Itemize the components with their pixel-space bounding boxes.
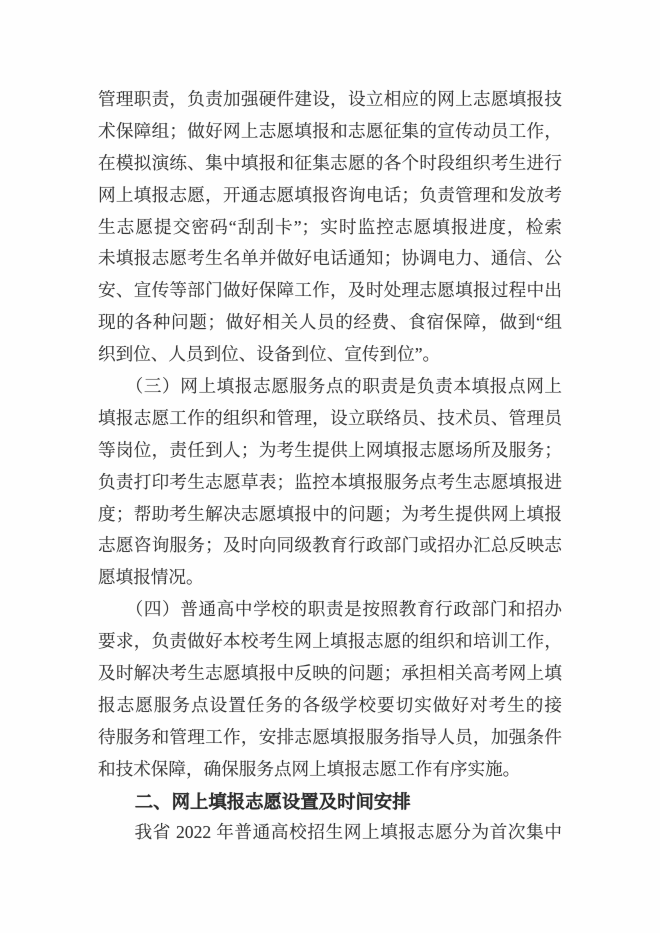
document-body: 管理职责，负责加强硬件建设，设立相应的网上志愿填报技术保障组；做好网上志愿填报和… <box>98 84 562 849</box>
text-line: 报志愿服务点设置任务的各级学校要切实做好对考生的接 <box>98 690 562 722</box>
text-line: 和技术保障，确保服务点网上填报志愿工作有序实施。 <box>98 754 562 786</box>
text-line: 填报志愿工作的组织和管理，设立联络员、技术员、管理员 <box>98 403 562 435</box>
text-line: 生志愿提交密码“刮刮卡”；实时监控志愿填报进度，检索 <box>98 212 562 244</box>
document-page: 管理职责，负责加强硬件建设，设立相应的网上志愿填报技术保障组；做好网上志愿填报和… <box>0 0 660 933</box>
text-line: 织到位、人员到位、设备到位、宣传到位”。 <box>98 339 562 371</box>
text-line: 度；帮助考生解决志愿填报中的问题；为考生提供网上填报 <box>98 499 562 531</box>
text-line: 志愿咨询服务；及时向同级教育行政部门或招办汇总反映志 <box>98 530 562 562</box>
text-line: 未填报志愿考生名单并做好电话通知；协调电力、通信、公 <box>98 243 562 275</box>
text-line: 术保障组；做好网上志愿填报和志愿征集的宣传动员工作， <box>98 116 562 148</box>
text-line: 安、宣传等部门做好保障工作，及时处理志愿填报过程中出 <box>98 275 562 307</box>
text-line: 管理职责，负责加强硬件建设，设立相应的网上志愿填报技 <box>98 84 562 116</box>
text-line: 等岗位，责任到人；为考生提供上网填报志愿场所及服务； <box>98 435 562 467</box>
text-line: 负责打印考生志愿草表；监控本填报服务点考生志愿填报进 <box>98 467 562 499</box>
text-line: （四）普通高中学校的职责是按照教育行政部门和招办 <box>98 594 562 626</box>
text-line: 网上填报志愿，开通志愿填报咨询电话；负责管理和发放考 <box>98 180 562 212</box>
section-heading: 二、网上填报志愿设置及时间安排 <box>98 786 562 818</box>
text-line: 待服务和管理工作，安排志愿填报服务指导人员，加强条件 <box>98 722 562 754</box>
text-line: 愿填报情况。 <box>98 562 562 594</box>
text-line: 要求，负责做好本校考生网上填报志愿的组织和培训工作， <box>98 626 562 658</box>
text-line: 在模拟演练、集中填报和征集志愿的各个时段组织考生进行 <box>98 148 562 180</box>
text-line: 及时解决考生志愿填报中反映的问题；承担相关高考网上填 <box>98 658 562 690</box>
text-line: 现的各种问题；做好相关人员的经费、食宿保障，做到“组 <box>98 307 562 339</box>
text-line: 我省 2022 年普通高校招生网上填报志愿分为首次集中 <box>98 817 562 849</box>
text-line: （三）网上填报志愿服务点的职责是负责本填报点网上 <box>98 371 562 403</box>
